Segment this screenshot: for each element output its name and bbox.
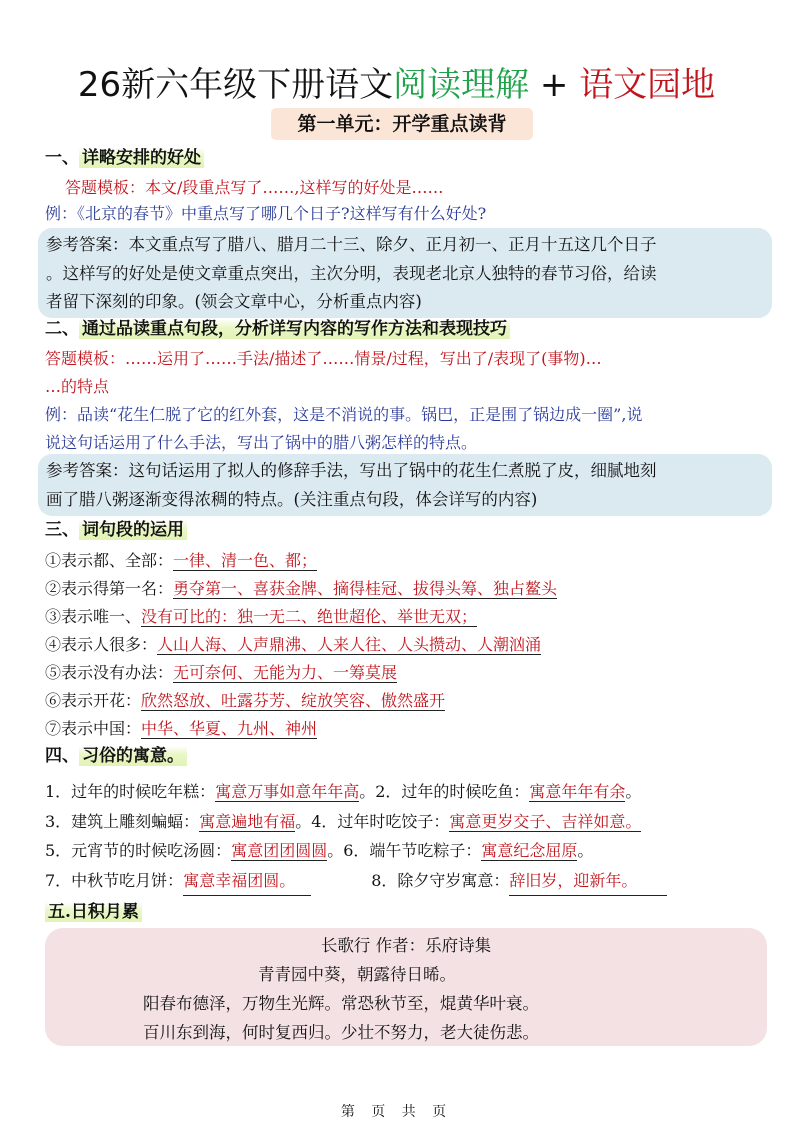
phrase-value: 一律、清一色、都； <box>173 551 317 571</box>
custom-meaning: 辞旧岁，迎新年。 <box>509 866 667 897</box>
phrase-item: ①表示都、全部：一律、清一色、都； <box>45 547 557 575</box>
phrase-value: 无可奈何、无能为力、一筹莫展 <box>173 663 397 683</box>
custom-meaning: 寓意幸福团圆。 <box>183 866 311 897</box>
custom-row: 1．过年的时候吃年糕：寓意万事如意年年高。2．过年的时候吃鱼：寓意年年有余。 <box>45 777 667 807</box>
phrase-item: ⑤表示没有办法：无可奈何、无能为力、一筹莫展 <box>45 659 557 687</box>
title-plus: + <box>529 65 579 105</box>
phrase-value: 人山人海、人声鼎沸、人来人往、人头攒动、人潮汹涌 <box>157 635 541 655</box>
poem-line: 青青园中葵，朝露待日晞。 <box>258 960 456 989</box>
custom-label: 4．过年时吃饺子： <box>311 812 449 831</box>
phrase-value: 没有可比的：独一无二、绝世超伦、举世无双； <box>141 607 477 627</box>
phrase-label: ⑤表示没有办法： <box>45 663 173 682</box>
custom-label: 2．过年的时候吃鱼： <box>375 782 529 801</box>
section2-template-1: 答题模板：……运用了……手法/描述了……情景/过程，写出了/表现了(事物)… <box>45 346 602 372</box>
phrase-item: ②表示得第一名：勇夺第一、喜获金牌、摘得桂冠、拔得头筹、独占鳌头 <box>45 575 557 603</box>
punct: 。 <box>327 841 343 860</box>
phrase-label: ⑦表示中国： <box>45 719 141 738</box>
punct: 。 <box>359 782 375 801</box>
custom-label: 1．过年的时候吃年糕： <box>45 782 215 801</box>
custom-label: 3．建筑上雕刻蝙蝠： <box>45 812 199 831</box>
phrase-label: ⑥表示开花： <box>45 691 141 710</box>
section2-heading: 二、通过品读重点句段，分析详写内容的写作方法和表现技巧 <box>45 317 510 341</box>
page-footer: 第 页 共 页 <box>0 1101 793 1121</box>
phrase-label: ④表示人很多： <box>45 635 157 654</box>
section2-title: 通过品读重点句段，分析详写内容的写作方法和表现技巧 <box>79 319 510 339</box>
phrase-item: ⑦表示中国：中华、华夏、九州、神州 <box>45 715 557 743</box>
page-title: 26新六年级下册语文阅读理解 + 语文园地 <box>0 62 793 108</box>
punct: 。 <box>577 841 593 860</box>
section2-answer-box: 参考答案：这句话运用了拟人的修辞手法，写出了锅中的花生仁煮脱了皮，细腻地刻 画了… <box>38 454 772 516</box>
section1-template: 答题模板：本文/段重点写了……,这样写的好处是…… <box>65 175 443 201</box>
title-part-red: 语文园地 <box>579 65 715 105</box>
answer-line: 参考答案：本文重点写了腊八、腊月二十三、除夕、正月初一、正月十五这几个日子 <box>46 231 764 260</box>
custom-meaning: 寓意纪念屈原 <box>481 841 577 861</box>
section2-template-2: …的特点 <box>45 374 109 400</box>
answer-line: 。这样写的好处是使文章重点突出，主次分明，表现老北京人独特的春节习俗，给读 <box>46 260 764 289</box>
section1-num: 一、 <box>45 148 79 168</box>
custom-label: 5．元宵节的时候吃汤圆： <box>45 841 231 860</box>
phrase-list: ①表示都、全部：一律、清一色、都； ②表示得第一名：勇夺第一、喜获金牌、摘得桂冠… <box>45 547 557 743</box>
section5-heading: 五.日积月累 <box>45 900 142 924</box>
phrase-value: 勇夺第一、喜获金牌、摘得桂冠、拔得头筹、独占鳌头 <box>173 579 557 599</box>
custom-label: 7．中秋节吃月饼： <box>45 871 183 890</box>
section1-title: 详略安排的好处 <box>79 148 204 168</box>
section4-num: 四、 <box>45 746 79 766</box>
custom-row: 7．中秋节吃月饼：寓意幸福团圆。8．除夕守岁寓意：辞旧岁，迎新年。 <box>45 866 667 897</box>
punct: 。 <box>625 782 641 801</box>
poem-title: 长歌行 作者：乐府诗集 <box>45 931 767 960</box>
answer-line: 者留下深刻的印象。(领会文章中心，分析重点内容) <box>46 288 764 317</box>
custom-list: 1．过年的时候吃年糕：寓意万事如意年年高。2．过年的时候吃鱼：寓意年年有余。 3… <box>45 777 667 896</box>
answer-line: 参考答案：这句话运用了拟人的修辞手法，写出了锅中的花生仁煮脱了皮，细腻地刻 <box>46 457 764 486</box>
section4-title: 习俗的寓意。 <box>79 746 187 766</box>
section1-heading: 一、详略安排的好处 <box>45 146 204 170</box>
custom-meaning: 寓意年年有余 <box>529 782 625 802</box>
phrase-label: ①表示都、全部： <box>45 551 173 570</box>
phrase-item: ⑥表示开花：欣然怒放、吐露芬芳、绽放笑容、傲然盛开 <box>45 687 557 715</box>
section2-example-2: 说这句话运用了什么手法，写出了锅中的腊八粥怎样的特点。 <box>45 430 477 456</box>
phrase-item: ③表示唯一、没有可比的：独一无二、绝世超伦、举世无双； <box>45 603 557 631</box>
section2-num: 二、 <box>45 319 79 339</box>
phrase-label: ②表示得第一名： <box>45 579 173 598</box>
custom-label: 8．除夕守岁寓意： <box>371 871 509 890</box>
section4-heading: 四、习俗的寓意。 <box>45 744 187 768</box>
poem-box: 长歌行 作者：乐府诗集 青青园中葵，朝露待日晞。 阳春布德泽，万物生光辉。常恐秋… <box>45 928 767 1046</box>
section3-num: 三、 <box>45 520 79 540</box>
section2-example-1: 例：品读“花生仁脱了它的红外套，这是不消说的事。锅巴，正是围了锅边成一圈”,说 <box>45 402 642 428</box>
custom-meaning: 寓意团团圆圆 <box>231 841 327 861</box>
section3-title: 词句段的运用 <box>79 520 187 540</box>
custom-label: 6．端午节吃粽子： <box>343 841 481 860</box>
title-part-black: 26新六年级下册语文 <box>78 65 393 105</box>
section5-title: 五.日积月累 <box>45 902 142 922</box>
phrase-item: ④表示人很多：人山人海、人声鼎沸、人来人往、人头攒动、人潮汹涌 <box>45 631 557 659</box>
section3-heading: 三、词句段的运用 <box>45 518 187 542</box>
phrase-value: 中华、华夏、九州、神州 <box>141 719 317 739</box>
phrase-label: ③表示唯一、 <box>45 607 141 626</box>
section1-answer-box: 参考答案：本文重点写了腊八、腊月二十三、除夕、正月初一、正月十五这几个日子 。这… <box>38 228 772 318</box>
poem-line: 百川东到海，何时复西归。少壮不努力，老大徒伤悲。 <box>143 1018 539 1047</box>
punct: 。 <box>295 812 311 831</box>
answer-line: 画了腊八粥逐渐变得浓稠的特点。(关注重点句段，体会详写的内容) <box>46 486 764 515</box>
custom-row: 5．元宵节的时候吃汤圆：寓意团团圆圆。6．端午节吃粽子：寓意纪念屈原。 <box>45 836 667 866</box>
custom-meaning: 寓意万事如意年年高 <box>215 782 359 802</box>
unit-badge: 第一单元：开学重点读背 <box>271 108 533 140</box>
phrase-value: 欣然怒放、吐露芬芳、绽放笑容、傲然盛开 <box>141 691 445 711</box>
custom-row: 3．建筑上雕刻蝙蝠：寓意遍地有福。4．过年时吃饺子：寓意更岁交子、吉祥如意。 <box>45 807 667 837</box>
section1-example: 例：《北京的春节》中重点写了哪几个日子?这样写有什么好处? <box>45 201 486 227</box>
custom-meaning: 寓意更岁交子、吉祥如意。 <box>449 812 641 832</box>
custom-meaning: 寓意遍地有福 <box>199 812 295 832</box>
title-part-green: 阅读理解 <box>393 65 529 105</box>
poem-line: 阳春布德泽，万物生光辉。常恐秋节至，焜黄华叶衰。 <box>143 989 539 1018</box>
